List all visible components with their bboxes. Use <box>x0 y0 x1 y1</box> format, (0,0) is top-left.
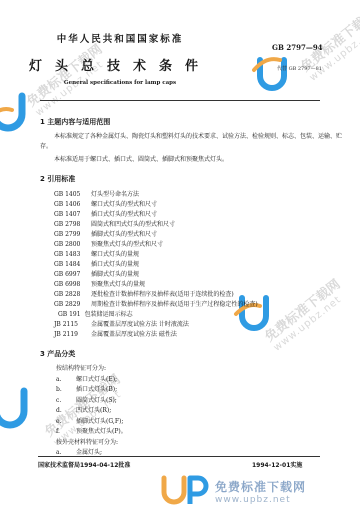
list-item: e.插脚式灯头(G,F); <box>56 417 127 428</box>
list-text: 圆筒式灯头(S); <box>76 397 117 404</box>
list-text: 螺口式灯头(E); <box>76 376 117 383</box>
reference-item: GB 2798圆筒式和凹式灯头的型式和尺寸 <box>54 220 258 230</box>
reference-title: 插脚式灯头的量规 <box>91 271 139 278</box>
list-marker: c. <box>56 396 76 407</box>
list-marker: b. <box>56 385 76 396</box>
list-item: b.插口式灯头(B); <box>56 385 127 396</box>
list-text: 插口式灯头(B); <box>76 386 117 393</box>
list-item: d.凹式灯头(R); <box>56 406 127 417</box>
footer-divider <box>38 456 320 457</box>
watermark-top-left: 免费标准下载网 www.upbz.net <box>22 39 112 119</box>
reference-item: GB 2828逐批检查计数抽样程序及抽样表(适用于连续批的检查) <box>54 290 258 300</box>
list-text: 预聚焦式灯头(P)。 <box>76 428 127 435</box>
section-2-heading: 2 引用标准 <box>40 174 75 184</box>
section-1-para-2: 本标准适用于螺口式、插口式、圆筒式、插脚式和预聚焦式灯头。 <box>54 155 342 165</box>
reference-code: GB 1483 <box>54 250 91 260</box>
reference-code: GB 1484 <box>54 260 91 270</box>
watermark-mid-right: 免费标准下载网 www.upbz.net <box>260 274 350 354</box>
reference-title: 灯头型号命名方法 <box>91 191 139 198</box>
reference-code: GB 2829 <box>54 300 91 310</box>
reference-item: GB 1484插口式灯头的量规 <box>54 260 258 270</box>
reference-title: 周期检查计数抽样程序及抽样表(适用于生产过程稳定性的检查) <box>91 301 258 308</box>
header-divider <box>40 100 320 101</box>
document-title-en: General specifications for lamp caps <box>0 80 240 86</box>
list-marker: a. <box>56 375 76 386</box>
approval-date: 国家技术监督局1994-04-12批准 <box>38 460 130 469</box>
reference-code: GB 6998 <box>54 280 91 290</box>
country-standard-label: 中华人民共和国国家标准 <box>0 31 240 45</box>
reference-title: 预聚焦式灯头的量规 <box>91 281 145 288</box>
reference-title: 金属覆盖层厚度试验方法 磁性法 <box>91 331 177 338</box>
reference-title: 圆筒式和凹式灯头的型式和尺寸 <box>91 221 175 228</box>
list-item: c.圆筒式灯头(S); <box>56 396 127 407</box>
watermark-url: www.upbz.net <box>272 289 350 354</box>
reference-item: GB 6998预聚焦式灯头的量规 <box>54 280 258 290</box>
reference-list: GB 1405灯头型号命名方法 GB 1406螺口式灯头的型式和尺寸 GB 14… <box>54 190 258 340</box>
reference-code: GB 1406 <box>54 200 91 210</box>
reference-title: 金属覆盖层厚度试验方法 计时液流法 <box>91 321 189 328</box>
up-logo-icon <box>0 385 34 431</box>
reference-item: GB 1407插口式灯头的型式和尺寸 <box>54 210 258 220</box>
reference-item: GB 2829周期检查计数抽样程序及抽样表(适用于生产过程稳定性的检查) <box>54 300 258 310</box>
reference-title: 插口式灯头的量规 <box>91 261 139 268</box>
reference-item: GB 1405灯头型号命名方法 <box>54 190 258 200</box>
up-logo-icon <box>160 474 212 506</box>
reference-code: JB 2119 <box>54 330 91 340</box>
replaces-code: 代替 GB 2797—81 <box>277 65 322 72</box>
list-marker: f. <box>56 427 76 438</box>
reference-code: GB 191 <box>58 311 81 318</box>
reference-item: GB 2799插脚式灯头的型式和尺寸 <box>54 230 258 240</box>
list-text: 插脚式灯头(G,F); <box>76 418 123 425</box>
reference-item: JB 2115金属覆盖层厚度试验方法 计时液流法 <box>54 320 258 330</box>
reference-title: 预聚焦式灯头的型式和尺寸 <box>91 241 163 248</box>
reference-item: GB 191包装储运图示标志 <box>54 310 258 320</box>
implementation-date: 1994-12-01实施 <box>252 460 302 469</box>
list-item: a.螺口式灯头(E); <box>56 375 127 386</box>
up-logo-icon <box>250 50 296 96</box>
reference-item: GB 1483螺口式灯头的量规 <box>54 250 258 260</box>
classification-list: 按结构特征可分为: a.螺口式灯头(E); b.插口式灯头(B); c.圆筒式灯… <box>56 364 127 459</box>
reference-code: GB 2828 <box>54 290 91 300</box>
reference-code: GB 6997 <box>54 270 91 280</box>
reference-code: GB 2799 <box>54 230 91 240</box>
reference-title: 螺口式灯头的型式和尺寸 <box>91 201 157 208</box>
reference-item: GB 1406螺口式灯头的型式和尺寸 <box>54 200 258 210</box>
up-logo-icon <box>0 88 32 134</box>
brand-url: www.upbz.net <box>215 495 306 505</box>
list-text: 金属灯头; <box>76 449 102 456</box>
section-3-heading: 3 产品分类 <box>40 349 75 359</box>
brand-name: 免费标准下载网 <box>215 478 306 495</box>
reference-code: GB 1405 <box>54 190 91 200</box>
document-title-cn: 灯头总技术条件 <box>0 55 240 74</box>
section-1-heading: 1 主题内容与适用范围 <box>40 117 110 127</box>
list-marker: d. <box>56 406 76 417</box>
reference-title: 逐批检查计数抽样程序及抽样表(适用于连续批的检查) <box>91 291 234 298</box>
section-1-para-1: 本标准规定了各种金属灯头、陶瓷灯头和塑料灯头的技术要求、试验方法、检验规则、标志… <box>40 132 342 152</box>
classification-intro: 按外壳材料特征可分为: <box>56 438 127 449</box>
reference-item: GB 6997插脚式灯头的量规 <box>54 270 258 280</box>
reference-item: JB 2119金属覆盖层厚度试验方法 磁性法 <box>54 330 258 340</box>
standard-code: GB 2797—94 <box>272 43 323 52</box>
watermark-text: 免费标准下载网 <box>260 274 343 345</box>
list-text: 凹式灯头(R); <box>76 407 111 414</box>
brand-watermark: 免费标准下载网 www.upbz.net <box>215 478 306 505</box>
reference-item: GB 2800预聚焦式灯头的型式和尺寸 <box>54 240 258 250</box>
reference-code: GB 2798 <box>54 220 91 230</box>
reference-code: JB 2115 <box>54 320 91 330</box>
reference-title: 插口式灯头的型式和尺寸 <box>91 211 157 218</box>
classification-intro: 按结构特征可分为: <box>56 364 127 375</box>
reference-code: GB 1407 <box>54 210 91 220</box>
list-item: f.预聚焦式灯头(P)。 <box>56 427 127 438</box>
reference-title: 螺口式灯头的量规 <box>91 251 139 258</box>
list-marker: e. <box>56 417 76 428</box>
reference-title: 包装储运图示标志 <box>85 311 133 318</box>
reference-code: GB 2800 <box>54 240 91 250</box>
reference-title: 插脚式灯头的型式和尺寸 <box>91 231 157 238</box>
